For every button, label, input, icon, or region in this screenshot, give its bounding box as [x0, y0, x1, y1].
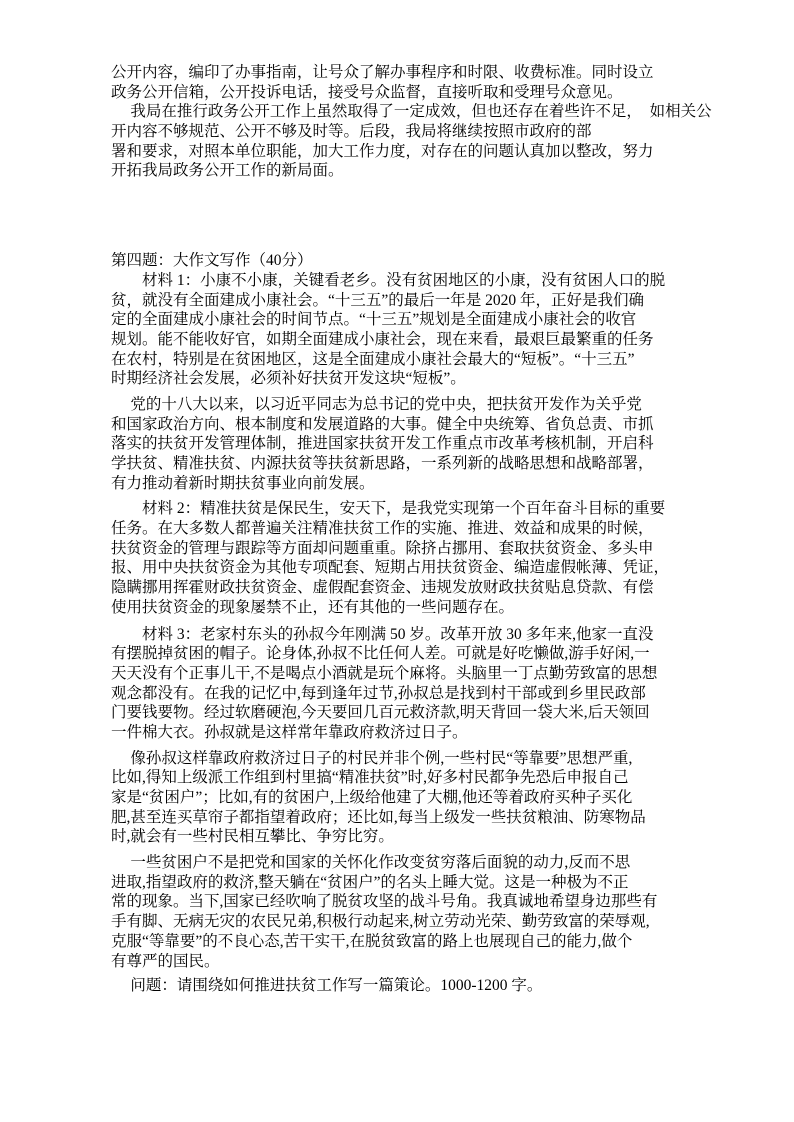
question-title: 第四题：大作文写作（40分） [111, 251, 751, 271]
text-line: 手有脚、无病无灾的农民兄弟,积极行动起来,树立劳动光荣、勤劳致富的荣辱观, [111, 912, 751, 932]
text-line: 一些贫困户不是把党和国家的关怀化作改变贫穷落后面貌的动力,反而不思 [111, 853, 751, 873]
text-line: 常的现象。当下,国家已经吹响了脱贫攻坚的战斗号角。我真诚地希望身边那些有 [111, 892, 751, 912]
material-1-paragraph: 材料 1：小康不小康，关键看老乡。没有贫困地区的小康，没有贫困人口的脱 贫，就没… [111, 271, 751, 389]
text-line: 报、用中央扶贫资金为其他专项配套、短期占用扶贫资金、编造虚假帐薄、凭证， [111, 558, 751, 578]
text-line: 规划。能不能收好官，如期全面建成小康社会，现在来看，最艰巨最繁重的任务 [111, 330, 751, 350]
text-line: 和国家政治方向、根本制度和发展道路的大事。健全中央统筹、省负总责、市抓 [111, 415, 751, 435]
text-line: 肥,甚至连买草帘子都指望着政府；还比如,每当上级发一些扶贫粮油、防寒物品 [111, 808, 751, 828]
text-line: 一件棉大衣。孙叔就是这样常年靠政府救济过日子。 [111, 723, 751, 743]
text-line: 贫，就没有全面建成小康社会。“十三五”的最后一年是 2020 年，正好是我们确 [111, 291, 751, 311]
text-line: 有摆脱掉贫困的帽子。论身体,孙叔不比任何人差。可就是好吃懒做,游手好闲,一 [111, 644, 751, 664]
text-line: 材料 3：老家村东头的孙叔今年刚满 50 岁。改革开放 30 多年来,他家一直没 [111, 625, 751, 645]
text-line: 观念都没有。在我的记忆中,每到逢年过节,孙叔总是找到村干部或到乡里民政部 [111, 684, 751, 704]
text-line: 有尊严的国民。 [111, 952, 751, 972]
text-line: 我局在推行政务公开工作上虽然取得了一定成效，但也还存在着些许不足， 如相关公 [111, 102, 751, 122]
text-line: 任务。在大多数人都普遍关注精准扶贫工作的实施、推进、效益和成果的时候， [111, 519, 751, 539]
text-line: 署和要求，对照本单位职能，加大工作力度，对存在的问题认真加以整改，努力 [111, 142, 751, 162]
poor-households-criticism-paragraph: 一些贫困户不是把党和国家的关怀化作改变贫穷落后面貌的动力,反而不思 进取,指望政… [111, 853, 751, 971]
essay-question-text: 问题：请围绕如何推进扶贫工作写一篇策论。1000-1200 字。 [111, 976, 751, 996]
text-line: 定的全面建成小康社会的时间节点。“十三五”规划是全面建成小康社会的收官 [111, 310, 751, 330]
material-2-paragraph: 材料 2：精准扶贫是保民生，安天下，是我党实现第一个百年奋斗目标的重要 任务。在… [111, 499, 751, 617]
text-line: 比如,得知上级派工作组到村里搞“精准扶贫”时,好多村民都争先恐后申报自己 [111, 768, 751, 788]
text-line: 材料 2：精准扶贫是保民生，安天下，是我党实现第一个百年奋斗目标的重要 [111, 499, 751, 519]
text-line: 有力推动着新时期扶贫事业向前发展。 [111, 474, 751, 494]
text-line: 克服“等靠要”的不良心态,苦干实干,在脱贫致富的路上也展现自己的能力,做个 [111, 932, 751, 952]
text-line: 时,就会有一些村民相互攀比、争穷比穷。 [111, 827, 751, 847]
text-line: 使用扶贫资金的现象屡禁不止，还有其他的一些问题存在。 [111, 598, 751, 618]
text-line: 像孙叔这样靠政府救济过日子的村民并非个例,一些村民“等靠要”思想严重, [111, 749, 751, 769]
text-line: 落实的扶贫开发管理体制，推进国家扶贫开发工作重点市改革考核机制，开启科 [111, 434, 751, 454]
text-line: 扶贫资金的管理与跟踪等方面却问题重重。除挤占挪用、套取扶贫资金、多头申 [111, 539, 751, 559]
text-line: 党的十八大以来，以习近平同志为总书记的党中央，把扶贫开发作为关乎党 [111, 395, 751, 415]
text-line: 开拓我局政务公开工作的新局面。 [111, 161, 751, 181]
text-line: 门要钱要物。经过软磨硬泡,今天要回几百元救济款,明天背回一袋大米,后天领回 [111, 703, 751, 723]
dependent-villagers-paragraph: 像孙叔这样靠政府救济过日子的村民并非个例,一些村民“等靠要”思想严重, 比如,得… [111, 749, 751, 847]
text-line: 天天没有个正事儿干,不是喝点小酒就是玩个麻将。头脑里一丁点勤劳致富的思想 [111, 664, 751, 684]
document-page: 公开内容，编印了办事指南，让号众了解办事程序和时限、收费标准。同时设立 政务公开… [0, 0, 794, 1122]
text-line: 进取,指望政府的救济,整天躺在“贫困户”的名头上睡大觉。这是一种极为不正 [111, 873, 751, 893]
essay-question: 问题：请围绕如何推进扶贫工作写一篇策论。1000-1200 字。 [111, 976, 751, 996]
document-content: 公开内容，编印了办事指南，让号众了解办事程序和时限、收费标准。同时设立 政务公开… [111, 63, 751, 996]
text-line: 时期经济社会发展，必须补好扶贫开发这块“短板”。 [111, 369, 751, 389]
text-line: 家是“贫困户”；比如,有的贫困户,上级给他建了大棚,他还等着政府买种子买化 [111, 788, 751, 808]
party-congress-paragraph: 党的十八大以来，以习近平同志为总书记的党中央，把扶贫开发作为关乎党 和国家政治方… [111, 395, 751, 493]
text-line: 政务公开信箱，公开投诉电话，接受号众监督，直接听取和受理号众意见。 [111, 83, 751, 103]
question4-heading: 第四题：大作文写作（40分） [111, 251, 751, 271]
text-line: 材料 1：小康不小康，关键看老乡。没有贫困地区的小康，没有贫困人口的脱 [111, 271, 751, 291]
gov-disclosure-closing: 公开内容，编印了办事指南，让号众了解办事程序和时限、收费标准。同时设立 政务公开… [111, 63, 751, 181]
text-line: 学扶贫、精准扶贫、内源扶贫等扶贫新思路，一系列新的战略思想和战略部署， [111, 454, 751, 474]
text-line: 隐瞒挪用挥霍财政扶贫资金、虚假配套资金、违规发放财政扶贫贴息贷款、有偿 [111, 578, 751, 598]
text-line: 在农村，特别是在贫困地区，这是全面建成小康社会最大的“短板”。“十三五” [111, 350, 751, 370]
material-3-paragraph: 材料 3：老家村东头的孙叔今年刚满 50 岁。改革开放 30 多年来,他家一直没… [111, 625, 751, 743]
text-line: 公开内容，编印了办事指南，让号众了解办事程序和时限、收费标准。同时设立 [111, 63, 751, 83]
text-line: 开内容不够规范、公开不够及时等。后段，我局将继续按照市政府的部 [111, 122, 751, 142]
